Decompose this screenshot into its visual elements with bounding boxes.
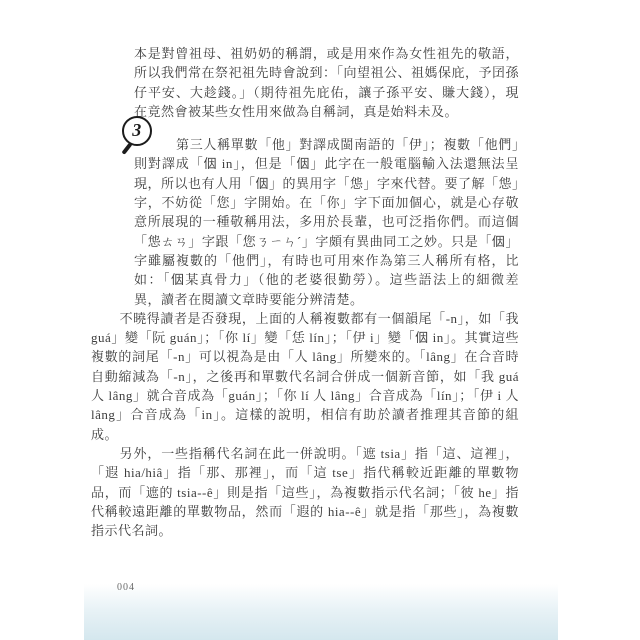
page-bottom-decoration [84, 584, 558, 640]
paragraph-plural-rhyme-ending: 不曉得讀者是否發現，上面的人稱複數都有一個韻尾「-n」，如「我 guá」變「阮 … [91, 309, 519, 444]
paragraph-continuation: 本是對曾祖母、祖奶奶的稱謂，或是用來作為女性祖先的敬語，所以我們常在祭祀祖先時會… [134, 44, 519, 121]
text-column: 本是對曾祖母、祖奶奶的稱謂，或是用來作為女性祖先的敬語，所以我們常在祭祀祖先時會… [91, 44, 519, 540]
numbered-item-text: 第三人稱單數「他」對譯成閩南語的「伊」；複數「他們」則對譯成「𪜶 in」，但是「… [134, 135, 519, 309]
page-number: 004 [117, 582, 135, 593]
numbered-item-3: 3 第三人稱單數「他」對譯成閩南語的「伊」；複數「他們」則對譯成「𪜶 in」，但… [134, 135, 519, 309]
paragraph-demonstratives: 另外，一些指稱代名詞在此一併說明。「遮 tsia」指「這、這裡」，「遐 hia/… [91, 444, 519, 540]
book-page: 本是對曾祖母、祖奶奶的稱謂，或是用來作為女性祖先的敬語，所以我們常在祭祀祖先時會… [0, 0, 640, 640]
magnifier-number-icon: 3 [122, 116, 156, 160]
item-number: 3 [122, 116, 152, 146]
